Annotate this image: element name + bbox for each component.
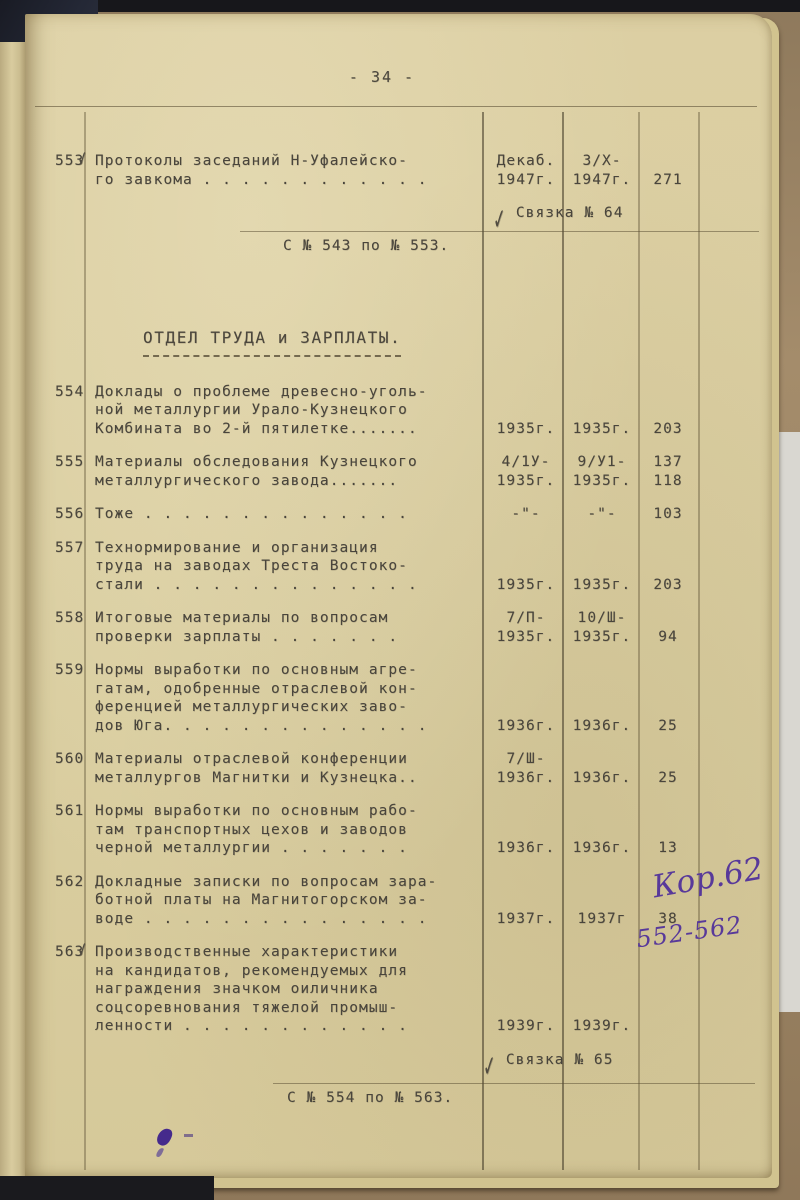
page-stack-edge-left [0, 42, 26, 1188]
entry-description: Материалы обследования Кузнецкогометаллу… [95, 453, 487, 490]
entry-date-start: 1935г. [487, 420, 565, 439]
entry-number: 557 [55, 539, 95, 558]
entry-description: ✓Протоколы заседаний Н-Уфалейско-го завк… [95, 152, 487, 189]
entry-description: Нормы выработки по основным рабо-там тра… [95, 802, 487, 858]
text-line: ной металлургии Урало-Кузнецкого [95, 401, 487, 420]
text-line: Технормирование и организация [95, 539, 487, 558]
entry-number: 555 [55, 453, 95, 472]
text-line: дов Юга. . . . . . . . . . . . . . [95, 717, 487, 736]
text-line: 1935г. [565, 576, 639, 595]
entry-page-count: 271 [639, 171, 697, 190]
page-number: - 34 - [312, 68, 452, 86]
entry-description: Итоговые материалы по вопросампроверки з… [95, 609, 487, 646]
table-row: 558 Итоговые материалы по вопросампровер… [55, 609, 761, 646]
text-line: 103 [639, 505, 697, 524]
entry-date-end: 1936г. [565, 839, 639, 858]
text-line: 203 [639, 420, 697, 439]
entry-number: 562 [55, 873, 95, 892]
entry-page-count: 25 [639, 717, 697, 736]
entry-date-end: 3/X-1947г. [565, 152, 639, 189]
text-line: Нормы выработки по основным агре- [95, 661, 487, 680]
text-line: ленности . . . . . . . . . . . . [95, 1017, 487, 1036]
text-line: 1935г. [565, 472, 639, 491]
entry-date-start: 1937г. [487, 910, 565, 929]
text-line: 1936г. [565, 717, 639, 736]
entry-description: Технормирование и организациятруда на за… [95, 539, 487, 595]
table-row: 554 Доклады о проблеме древесно-уголь-но… [55, 383, 761, 439]
text-line: -"- [565, 505, 639, 524]
text-line: 9/У1- [565, 453, 639, 472]
entry-date-start: 1935г. [487, 576, 565, 595]
footer-divider-rule [273, 1083, 755, 1084]
entry-date-start: 7/П-1935г. [487, 609, 565, 646]
entry-date-end: 1935г. [565, 576, 639, 595]
entry-number: 558 [55, 609, 95, 628]
text-line: ференцией металлургических заво- [95, 698, 487, 717]
entry-range-summary: С № 543 по № 553. [283, 237, 761, 256]
table-row: 553 ✓Протоколы заседаний Н-Уфалейско-го … [55, 152, 761, 189]
text-line: 271 [639, 171, 697, 190]
text-line: 1936г. [487, 769, 565, 788]
text-line: там транспортных цехов и заводов [95, 821, 487, 840]
checkmark-icon: ✓ [493, 203, 507, 238]
entry-date-start: 7/Ш-1936г. [487, 750, 565, 787]
entry-page-count: 137118 [639, 453, 697, 490]
text-line: ботной платы на Магнитогорском за- [95, 891, 487, 910]
text-line: 137 [639, 453, 697, 472]
table-row: 556 Тоже . . . . . . . . . . . . . . -"-… [55, 505, 761, 524]
checkmark-icon: ✓ [483, 1049, 497, 1084]
document-page: - 34 - 553 ✓Протоколы заседаний Н-Уфалей… [25, 14, 772, 1178]
table-row: 555 Материалы обследования Кузнецкогомет… [55, 453, 761, 490]
table-row: 557 Технормирование и организациятруда н… [55, 539, 761, 595]
entry-page-count: 25 [639, 769, 697, 788]
text-line: труда на заводах Треста Востоко- [95, 557, 487, 576]
text-line: металлургов Магнитки и Кузнецка.. [95, 769, 487, 788]
text-line: 25 [639, 769, 697, 788]
text-line: 3/X- [565, 152, 639, 171]
entry-date-end: 1936г. [565, 717, 639, 736]
entry-date-start: Декаб.1947г. [487, 152, 565, 189]
entry-description: Доклады о проблеме древесно-уголь-ной ме… [95, 383, 487, 439]
text-line: Комбината во 2-й пятилетке....... [95, 420, 487, 439]
text-line: 1937г [565, 910, 639, 929]
text-line: 1947г. [565, 171, 639, 190]
bundle-note-65: ✓ Связка № 65 [483, 1051, 761, 1070]
entry-description: Материалы отраслевой конференцииметаллур… [95, 750, 487, 787]
text-line: 1936г. [565, 769, 639, 788]
table-row: 561 Нормы выработки по основным рабо-там… [55, 802, 761, 858]
text-line: 203 [639, 576, 697, 595]
entry-number: 561 [55, 802, 95, 821]
entry-date-start: 4/1У-1935г. [487, 453, 565, 490]
text-line: 7/Ш- [487, 750, 565, 769]
section-title: ОТДЕЛ ТРУДА и ЗАРПЛАТЫ. [143, 329, 401, 357]
entry-number: 560 [55, 750, 95, 769]
entry-page-count: 94 [639, 628, 697, 647]
text-line: 1936г. [487, 717, 565, 736]
text-line: 1939г. [565, 1017, 639, 1036]
text-line: воде . . . . . . . . . . . . . . . [95, 910, 487, 929]
text-line: на кандидатов, рекомендуемых для [95, 962, 487, 981]
text-line: Тоже . . . . . . . . . . . . . . [95, 505, 487, 524]
text-line: проверки зарплаты . . . . . . . [95, 628, 487, 647]
text-line: 118 [639, 472, 697, 491]
entry-page-count: 13 [639, 839, 697, 858]
text-line: 1939г. [487, 1017, 565, 1036]
text-line: Итоговые материалы по вопросам [95, 609, 487, 628]
entry-page-count: 203 [639, 420, 697, 439]
entry-number: 554 [55, 383, 95, 402]
text-line: 1935г. [487, 576, 565, 595]
text-line: Материалы отраслевой конференции [95, 750, 487, 769]
table-top-rule [35, 106, 757, 107]
table-row: 559 Нормы выработки по основным агре-гат… [55, 661, 761, 735]
text-line: Докладные записки по вопросам зара- [95, 873, 487, 892]
scan-edge-top [0, 0, 800, 12]
entry-date-end: 1939г. [565, 1017, 639, 1036]
entry-date-start: 1939г. [487, 1017, 565, 1036]
text-line: 1935г. [487, 420, 565, 439]
entry-date-start: -"- [487, 505, 565, 524]
text-line: стали . . . . . . . . . . . . . . [95, 576, 487, 595]
entry-page-count: 203 [639, 576, 697, 595]
entry-date-start: 1936г. [487, 717, 565, 736]
text-line: 1936г. [487, 839, 565, 858]
entry-description: Тоже . . . . . . . . . . . . . . [95, 505, 487, 524]
entry-date-end: 1937г [565, 910, 639, 929]
text-line: 4/1У- [487, 453, 565, 472]
text-line: 7/П- [487, 609, 565, 628]
text-line: 1937г. [487, 910, 565, 929]
table-row: 560 Материалы отраслевой конференциимета… [55, 750, 761, 787]
entry-description: Докладные записки по вопросам зара-ботно… [95, 873, 487, 929]
text-line: соцсоревнования тяжелой промыш- [95, 999, 487, 1018]
text-line: 1935г. [487, 628, 565, 647]
text-line: 1936г. [565, 839, 639, 858]
text-line: Декаб. [487, 152, 565, 171]
ink-dash-mark [184, 1134, 193, 1137]
text-line: награждения значком оиличника [95, 980, 487, 999]
entry-date-end: 9/У1-1935г. [565, 453, 639, 490]
text-line: Доклады о проблеме древесно-уголь- [95, 383, 487, 402]
bundle-note-label: Связка № 64 [516, 204, 624, 223]
text-line: 25 [639, 717, 697, 736]
text-line: Производственные характеристики [95, 943, 487, 962]
text-line: 1935г. [565, 420, 639, 439]
entry-date-end: 10/Ш-1935г. [565, 609, 639, 646]
entry-page-count: 103 [639, 505, 697, 524]
bundle-note-label: Связка № 65 [506, 1051, 614, 1070]
text-line: го завкома . . . . . . . . . . . . [95, 171, 487, 190]
text-line: металлургического завода....... [95, 472, 487, 491]
entry-date-end: -"- [565, 505, 639, 524]
text-line: 1935г. [487, 472, 565, 491]
entry-date-end: 1936г. [565, 769, 639, 788]
text-line: Материалы обследования Кузнецкого [95, 453, 487, 472]
bundle-note-64: ✓ Связка № 64 [493, 204, 761, 223]
text-line: черной металлургии . . . . . . . [95, 839, 487, 858]
entry-number: 556 [55, 505, 95, 524]
entry-description: Нормы выработки по основным агре-гатам, … [95, 661, 487, 735]
table-row: 563 ✓Производственные характеристикина к… [55, 943, 761, 1036]
entry-number: 559 [55, 661, 95, 680]
table-content: 553 ✓Протоколы заседаний Н-Уфалейско-го … [55, 152, 761, 1108]
entry-date-start: 1936г. [487, 839, 565, 858]
text-line: 10/Ш- [565, 609, 639, 628]
entry-date-end: 1935г. [565, 420, 639, 439]
text-line: гатам, одобренные отраслевой кон- [95, 680, 487, 699]
text-line: -"- [487, 505, 565, 524]
table-rows-top: 553 ✓Протоколы заседаний Н-Уфалейско-го … [55, 152, 761, 189]
entry-description: ✓Производственные характеристикина канди… [95, 943, 487, 1036]
text-line: 13 [639, 839, 697, 858]
text-line: 1935г. [565, 628, 639, 647]
entry-range-summary: С № 554 по № 563. [287, 1089, 761, 1108]
text-line: Протоколы заседаний Н-Уфалейско- [95, 152, 487, 171]
text-line: 1947г. [487, 171, 565, 190]
text-line: 94 [639, 628, 697, 647]
text-line: Нормы выработки по основным рабо- [95, 802, 487, 821]
scan-edge-bottom-left [0, 1176, 214, 1200]
